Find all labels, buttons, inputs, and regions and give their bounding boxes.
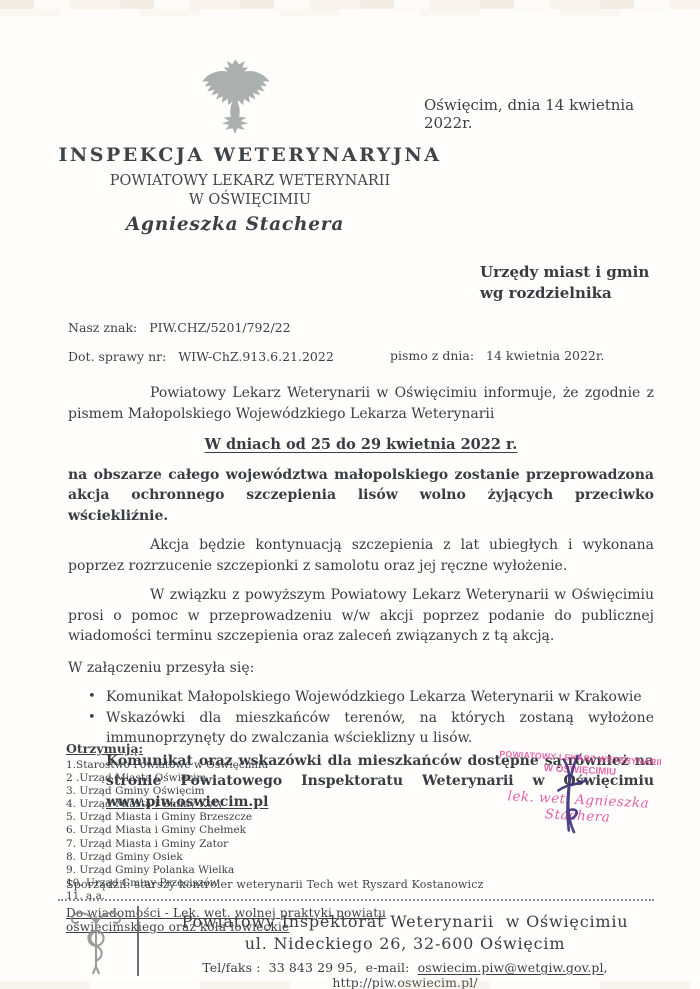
addressee-line1: Urzędy miast i gmin (480, 262, 680, 283)
polish-eagle-emblem-icon (194, 56, 276, 148)
attachments-list: Komunikat Małopolskiego Wojewódzkiego Le… (68, 687, 654, 749)
letter-origin-date-value: 14 kwietnia 2022r. (486, 348, 604, 363)
recipients-heading: Otrzymują: (66, 741, 486, 756)
org-title: INSPEKCJA WETERYNARYJNA (0, 144, 500, 166)
recipient-item: 6. Urząd Miasta i Gminy Chełmek (66, 824, 486, 837)
case-reference-value: WIW-ChZ.913.6.21.2022 (178, 349, 333, 364)
recipients-block: Otrzymują: 1.Starostwo Powiatowe w Oświę… (66, 741, 486, 934)
officer-name: Agnieszka Stachera (0, 214, 470, 235)
office-title: POWIATOWY LEKARZ WETERYNARII W OŚWIĘCIMI… (0, 172, 500, 210)
recipient-item: 8. Urząd Gminy Osiek (66, 851, 486, 864)
recipient-item: 1.Starostwo Powiatowe w Oświęcimiu (66, 759, 486, 772)
letter-date: Oświęcim, dnia 14 kwietnia 2022r. (424, 96, 660, 132)
paragraph-method: Akcja będzie kontynuacją szczepienia z l… (68, 535, 654, 576)
attachments-intro: W załączeniu przesyła się: (68, 658, 654, 679)
letter-origin-date-label: pismo z dnia: (390, 348, 474, 363)
our-reference-row: Nasz znak: PIW.CHZ/5201/792/22 (68, 320, 658, 335)
handwritten-signature-icon (548, 746, 600, 842)
scan-artifact-top (0, 0, 700, 9)
addressee-line2: wg rozdzielnika (480, 283, 680, 304)
recipient-item: 4. Urząd Miasta i Gminy Kęty (66, 798, 486, 811)
scanned-letter-page: Oświęcim, dnia 14 kwietnia 2022r. INSPEK… (0, 0, 700, 989)
recipient-item: 9. Urząd Gminy Polanka Wielka (66, 864, 486, 877)
addressee-block: Urzędy miast i gmin wg rozdzielnika (480, 262, 680, 304)
veterinary-caduceus-icon (64, 908, 128, 976)
recipient-item: 2 .Urząd Miasta Oświęcim (66, 772, 486, 785)
footer-contact-prefix: Tel/faks : 33 843 29 95, e-mail: (202, 960, 417, 975)
footer-email-link: oswiecim.piw@wetgiw.gov.pl (418, 960, 604, 975)
prepared-by-note: Sporządził: starszy kontroler weterynari… (66, 878, 484, 891)
scan-artifact-bottom (0, 981, 700, 989)
reference-block: Nasz znak: PIW.CHZ/5201/792/22 Dot. spra… (68, 320, 658, 378)
recipient-item: 7. Urząd Miasta i Gminy Zator (66, 838, 486, 851)
dotted-separator (58, 899, 654, 901)
our-reference-value: PIW.CHZ/5201/792/22 (149, 320, 290, 335)
recipient-item: 3. Urząd Gminy Oświęcim (66, 785, 486, 798)
paragraph-request: W związku z powyższym Powiatowy Lekarz W… (68, 585, 654, 647)
footer-org-name: Powiatowy Inspektorat Weterynarii w Oświ… (150, 912, 660, 931)
case-reference-label: Dot. sprawy nr: (68, 349, 166, 364)
letter-origin-date-row: pismo z dnia: 14 kwietnia 2022r. (390, 348, 604, 363)
footer-block: Powiatowy Inspektorat Weterynarii w Oświ… (150, 912, 660, 989)
recipient-item: 5. Urząd Miasta i Gminy Brzeszcze (66, 811, 486, 824)
office-title-line2: W OŚWIĘCIMIU (0, 191, 500, 210)
action-dates-text: W dniach od 25 do 29 kwietnia 2022 r. (205, 436, 518, 453)
our-reference-label: Nasz znak: (68, 320, 137, 335)
recipient-item: 11. a.a. (66, 890, 486, 903)
attachment-item-1: Komunikat Małopolskiego Wojewódzkiego Le… (106, 687, 654, 708)
action-dates-heading: W dniach od 25 do 29 kwietnia 2022 r. (68, 435, 654, 456)
office-title-line1: POWIATOWY LEKARZ WETERYNARII (0, 172, 500, 191)
action-notice-bold: na obszarze całego województwa małopolsk… (68, 465, 654, 527)
scan-artifact-top-secondary (0, 9, 700, 16)
footer-address: ul. Nideckiego 26, 32-600 Oświęcim (150, 934, 660, 953)
paragraph-intro: Powiatowy Lekarz Weterynarii w Oświęcimi… (68, 383, 654, 424)
footer-divider-line (137, 906, 139, 976)
